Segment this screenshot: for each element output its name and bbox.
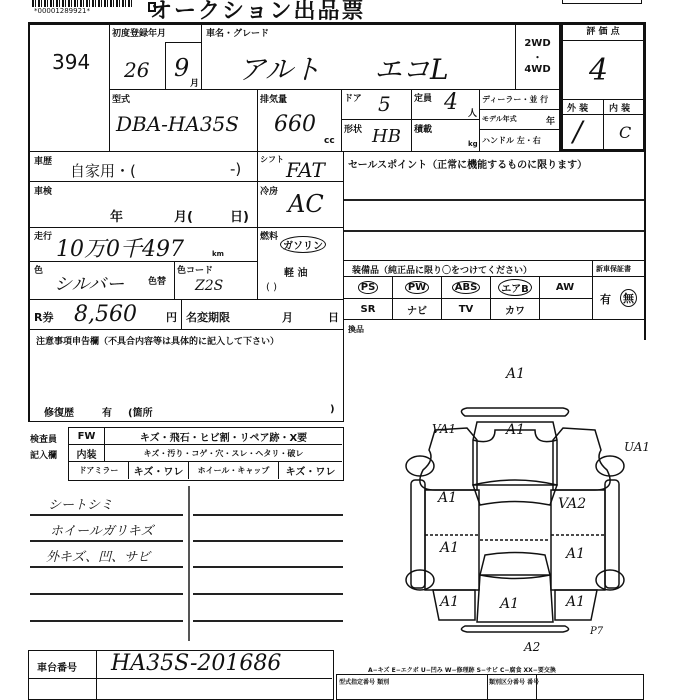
- ac-value: AC: [288, 190, 324, 218]
- shift-label: シフト: [260, 154, 284, 165]
- color-code-box: 色コード Z2S: [175, 262, 258, 300]
- equip-navi-label: ナビ: [407, 302, 427, 317]
- note-line-3r: [193, 566, 343, 568]
- note-line-1r: [193, 514, 343, 516]
- equip-abs: ABS: [442, 277, 491, 298]
- warranty-no: 無: [620, 289, 637, 307]
- equip-pw-label: PW: [405, 281, 429, 294]
- doors-value: 5: [378, 92, 391, 116]
- mark-left-front-fender: VA1: [432, 422, 456, 436]
- fuel-box: 燃料 ガソリン 軽 油 ( ): [258, 228, 344, 300]
- doors-label: ドア: [344, 91, 362, 104]
- replaced-parts-box: 換品: [344, 320, 646, 340]
- equip-empty: [540, 299, 590, 319]
- inspector-label-1: 検査員: [30, 432, 57, 445]
- displacement-unit: cc: [324, 136, 335, 146]
- capacity-label: 定員: [414, 91, 432, 104]
- shift-box: シフト FAT: [258, 152, 344, 182]
- equip-leather-label: カワ: [505, 302, 525, 317]
- mark-rear-bumper: P7: [590, 626, 603, 637]
- color-value: シルバー: [54, 270, 124, 296]
- warranty-yes: 有: [600, 291, 611, 307]
- repair-label: 修復歴: [44, 404, 74, 419]
- name-change-month: 月: [282, 309, 293, 325]
- displacement-box: 排気量 660 cc: [258, 90, 342, 152]
- mileage-unit: km: [212, 250, 224, 258]
- wheel-options: キズ・ワレ: [279, 462, 342, 479]
- model-year-unit: 年: [546, 114, 555, 127]
- sales-point-line-2: [344, 230, 644, 232]
- drive-2wd: 2WD: [516, 38, 559, 49]
- ac-box: 冷房 AC: [258, 182, 344, 228]
- dealer-box: ディーラー・並 行: [480, 90, 560, 110]
- chassis-label-cell: 車台番号: [29, 651, 97, 679]
- mark-rear-gate: A1: [500, 596, 519, 612]
- mark-right-rear-quarter: A1: [566, 594, 585, 610]
- mark-hood: A1: [506, 422, 525, 438]
- mark-rear-bumper-bottom: A2: [524, 640, 540, 654]
- equip-aw: AW: [540, 277, 590, 298]
- shift-value: FAT: [286, 158, 325, 182]
- exterior-label: 外 装: [567, 101, 588, 114]
- fw-options: キズ・飛石・ヒビ割・リペア跡・X要: [105, 428, 342, 444]
- equipment-row-2: SR ナビ TV カワ: [344, 298, 592, 319]
- usage-value: 自家用・(: [70, 160, 136, 181]
- note-line-4r: [193, 593, 343, 595]
- equip-navi: ナビ: [393, 299, 442, 319]
- inspector-note-3: 外キズ、凹、サビ: [46, 546, 150, 565]
- title-marker: [148, 2, 156, 12]
- recycle-box: R券 8,560 円: [30, 300, 182, 330]
- mileage-box: 走行 10万0千497 km: [30, 228, 258, 262]
- interior-label-cell: 内装: [69, 445, 105, 461]
- color-code-value: Z2S: [195, 278, 223, 294]
- notes-box: 注意事項申告欄（不具合内容等は具体的に記入して下さい） 修復歴 有 (箇所 ): [30, 330, 344, 422]
- note-line-1: [30, 514, 183, 516]
- wheel-label: ホイール・キャップ: [189, 462, 279, 479]
- chassis-value: HA35S-201686: [111, 651, 281, 676]
- recycle-unit: 円: [166, 309, 177, 325]
- inspection-label: 車検: [34, 184, 52, 197]
- name-change-label: 名変期限: [186, 309, 230, 325]
- color-change-label: 色替: [148, 274, 166, 287]
- chassis-lower-label: [29, 679, 97, 699]
- car-name-box: 車名・グレード アルト エコL: [202, 24, 516, 90]
- mark-left-rear-quarter: A1: [440, 594, 459, 610]
- model-year-label: モデル年式: [482, 114, 517, 124]
- warranty-label: 新車保証書: [596, 264, 631, 274]
- inspector-note-2: ホイールガリキズ: [50, 520, 153, 539]
- note-line-3: [30, 566, 183, 568]
- fw-label: FW: [69, 428, 105, 444]
- score-header: 評 価 点: [563, 25, 643, 41]
- car-name-label: 車名・グレード: [206, 26, 269, 39]
- note-line-2: [30, 540, 183, 542]
- equip-aw-label: AW: [556, 282, 574, 293]
- capacity-value: 4: [444, 90, 458, 115]
- sales-point-line-1: [344, 199, 644, 201]
- name-change-box: 名変期限 月 日: [182, 300, 344, 330]
- note-line-4: [30, 593, 183, 595]
- model-box: 型式 DBA-HA35S: [110, 90, 258, 152]
- equip-airbag: エアB: [491, 277, 540, 298]
- interior-label: 内 装: [609, 101, 630, 114]
- footer-left-label: 型式指定番号 類別: [339, 677, 389, 686]
- inspector-row-interior: 内装 キズ・汚り・コゲ・穴・スレ・ヘタリ・破レ: [69, 445, 342, 462]
- inspector-row-fw: FW キズ・飛石・ヒビ割・リペア跡・X要: [69, 428, 342, 445]
- fuel-diesel: 軽 油: [284, 264, 307, 279]
- drive-4wd: 4WD: [516, 64, 559, 75]
- mileage-value: 10万0千497: [56, 232, 184, 263]
- month-unit: 月: [190, 76, 199, 89]
- chassis-box: 車台番号 HA35S-201686: [28, 650, 334, 700]
- equip-leather: カワ: [491, 299, 540, 319]
- equip-abs-label: ABS: [452, 281, 481, 294]
- registration-box: 初度登録年月 26 9 月: [110, 24, 202, 90]
- doors-box: ドア 5: [342, 90, 412, 120]
- model-year-box: モデル年式 年: [480, 110, 560, 130]
- inspection-day: 日): [230, 206, 249, 225]
- equipment-box: 装備品（純正品に限り〇をつけてください） 新車保証書 PS PW ABS エアB…: [344, 260, 646, 320]
- score-box: 評 価 点 4 外 装 内 装 / C: [560, 22, 646, 152]
- mark-left-rear-door: A1: [440, 540, 459, 556]
- inspector-table: FW キズ・飛石・ヒビ割・リペア跡・X要 内装 キズ・汚り・コゲ・穴・スレ・ヘタ…: [68, 427, 344, 481]
- exterior-score: /: [573, 115, 582, 148]
- color-code-label: 色コード: [177, 263, 213, 276]
- note-line-2r: [193, 540, 343, 542]
- body-type-value: HB: [372, 126, 401, 147]
- lot-box: 394: [30, 24, 110, 152]
- displacement-label: 排気量: [260, 92, 287, 105]
- inspection-box: 車検 年 月( 日): [30, 182, 258, 228]
- repair-value: 有: [102, 404, 112, 419]
- mark-right-front-fender: UA1: [624, 440, 650, 454]
- equip-airbag-label: エアB: [498, 279, 532, 296]
- usage-close: -): [230, 160, 241, 178]
- registration-label: 初度登録年月: [112, 26, 166, 39]
- registration-year: 26: [124, 58, 149, 82]
- interior-score: C: [619, 123, 631, 142]
- notes-divider: [188, 486, 190, 641]
- mirror-label: ドアミラー: [69, 462, 129, 479]
- displacement-value: 660: [274, 112, 316, 137]
- barcode: [32, 0, 132, 7]
- mark-right-front-door: VA2: [558, 496, 586, 512]
- barcode-number: *00001289921*: [34, 7, 90, 15]
- usage-box: 車歴 自家用・( -): [30, 152, 258, 182]
- drive-box: 2WD ・ 4WD: [516, 24, 560, 90]
- recycle-value: 8,560: [74, 302, 137, 327]
- load-unit: kg: [468, 140, 478, 148]
- replaced-parts-label: 換品: [348, 324, 364, 335]
- inspection-month: 月(: [174, 206, 193, 225]
- handle-label: ハンドル 左・右: [482, 135, 541, 146]
- chassis-label: 車台番号: [37, 659, 77, 674]
- inspection-year: 年: [110, 206, 123, 225]
- mirror-options: キズ・ワレ: [129, 462, 189, 479]
- equip-ps-label: PS: [358, 281, 379, 294]
- equip-sr-label: SR: [361, 304, 376, 315]
- footer-box: 型式指定番号 類別 類別区分番号 番号: [336, 674, 644, 700]
- recycle-label: R券: [34, 309, 53, 325]
- equipment-label: 装備品（純正品に限り〇をつけてください）: [352, 263, 532, 276]
- model-value: DBA-HA35S: [116, 112, 239, 136]
- registration-month: 9: [174, 54, 189, 82]
- equip-tv: TV: [442, 299, 491, 319]
- equipment-row-1: PS PW ABS エアB AW: [344, 277, 592, 298]
- sub-score-header: 外 装 内 装: [563, 99, 643, 115]
- equip-ps: PS: [344, 277, 393, 298]
- load-label: 積載: [414, 122, 432, 135]
- capacity-box: 定員 4 人: [412, 90, 480, 120]
- fuel-other: ( ): [266, 282, 277, 293]
- mark-left-front-door: A1: [438, 490, 457, 506]
- score-value: 4: [589, 53, 608, 88]
- inspector-label-2: 記入欄: [30, 448, 57, 461]
- score-divider: [603, 100, 604, 152]
- top-right-box: [562, 0, 642, 4]
- equip-pw: PW: [393, 277, 442, 298]
- sales-point-box: セールスポイント（正常に機能するものに限ります）: [344, 152, 646, 260]
- car-name-value: アルト: [238, 48, 321, 88]
- mileage-label: 走行: [34, 229, 52, 242]
- warranty-divider: [592, 261, 593, 319]
- model-label: 型式: [112, 92, 130, 105]
- fuel-gasoline: ガソリン: [280, 236, 326, 253]
- repair-location-label: (箇所: [128, 404, 153, 419]
- color-label: 色: [34, 263, 43, 276]
- equip-tv-label: TV: [459, 304, 474, 315]
- handle-box: ハンドル 左・右: [480, 130, 560, 152]
- lot-number: 394: [52, 50, 90, 74]
- capacity-unit: 人: [468, 106, 477, 119]
- name-change-day: 日: [328, 309, 339, 325]
- mark-right-rear-door: A1: [566, 546, 585, 562]
- drive-sep: ・: [516, 49, 559, 64]
- color-box: 色 シルバー 色替: [30, 262, 175, 300]
- body-type-box: 形状 HB: [342, 120, 412, 152]
- note-line-5r: [193, 620, 343, 622]
- ac-label: 冷房: [260, 184, 278, 197]
- interior-options: キズ・汚り・コゲ・穴・スレ・ヘタリ・破レ: [105, 445, 342, 461]
- inspector-row-mirror: ドアミラー キズ・ワレ ホイール・キャップ キズ・ワレ: [69, 462, 342, 479]
- damage-legend: A−キズ E−エクボ U−凹み W−修理跡 S−サビ C−腐食 XX−要交換: [368, 665, 556, 674]
- inspector-notes-area: シートシミ ホイールガリキズ 外キズ、凹、サビ: [28, 486, 348, 646]
- equip-sr: SR: [344, 299, 393, 319]
- fuel-label: 燃料: [260, 229, 278, 242]
- sales-point-label: セールスポイント（正常に機能するものに限ります）: [348, 156, 587, 171]
- usage-label: 車歴: [34, 154, 52, 167]
- body-type-label: 形状: [344, 122, 362, 135]
- dealer-label: ディーラー・並 行: [482, 94, 548, 105]
- footer-right-label: 類別区分番号 番号: [489, 677, 539, 686]
- inspector-note-1: シートシミ: [48, 494, 113, 513]
- repair-close: ): [330, 404, 335, 415]
- car-grade-value: エコL: [374, 48, 449, 88]
- note-line-5: [30, 620, 183, 622]
- chassis-value-cell: HA35S-201686: [97, 651, 332, 679]
- load-box: 積載 kg: [412, 120, 480, 152]
- mark-front-bumper: A1: [506, 366, 525, 382]
- notes-label: 注意事項申告欄（不具合内容等は具体的に記入して下さい）: [36, 334, 279, 347]
